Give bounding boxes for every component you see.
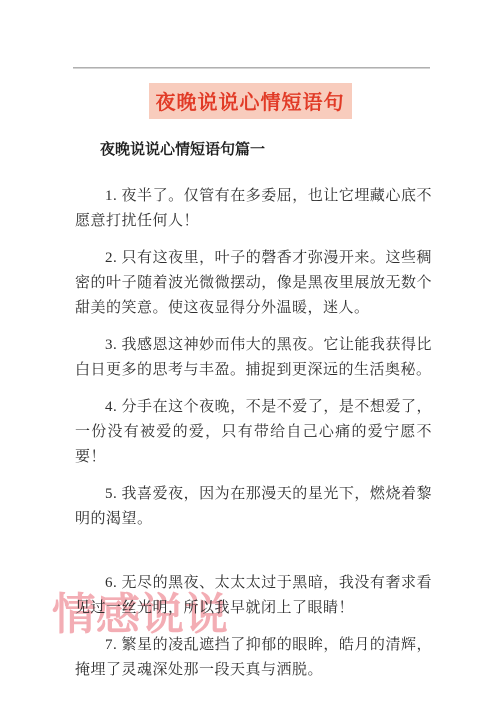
article-body: 夜晚说说心情短语句篇一 1. 夜半了。仅管有在多委屈，也让它埋藏心底不愿意打扰任…	[0, 139, 500, 695]
paragraph: 2. 只有这夜里，叶子的磬香才弥漫开来。这些稠密的叶子随着波光微微摆动，像是黑夜…	[75, 246, 432, 321]
paragraph: 1. 夜半了。仅管有在多委屈，也让它埋藏心底不愿意打扰任何人！	[75, 184, 432, 234]
article-title-row: 夜晚说说心情短语句	[0, 83, 500, 119]
document-page: 夜晚说说心情短语句 情感说说 夜晚说说心情短语句篇一 1. 夜半了。仅管有在多委…	[0, 0, 500, 708]
section-heading: 夜晚说说心情短语句篇一	[75, 139, 432, 161]
paragraph: 4. 分手在这个夜晚，不是不爱了，是不想爱了，一份没有被爱的爱，只有带给自己心痛…	[75, 395, 432, 470]
article-title: 夜晚说说心情短语句	[156, 92, 345, 114]
title-highlight: 夜晚说说心情短语句	[149, 83, 352, 119]
paragraph: 5. 我喜爱夜，因为在那漫天的星光下，燃烧着黎明的渴望。	[75, 482, 432, 532]
paragraph: 7. 繁星的凌乱遮挡了抑郁的眼眸，皓月的清辉，掩埋了灵魂深处那一段天真与洒脱。	[75, 633, 432, 683]
paragraph: 3. 我感恩这神妙而伟大的黑夜。它让能我获得比白日更多的思考与丰盈。捕捉到更深远…	[75, 333, 432, 383]
paragraph: 6. 无尽的黑夜、太太太过于黑暗，我没有奢求看见过一丝光明，所以我早就闭上了眼睛…	[75, 571, 432, 621]
top-divider	[73, 67, 430, 69]
paragraph-list: 1. 夜半了。仅管有在多委屈，也让它埋藏心底不愿意打扰任何人！ 2. 只有这夜里…	[75, 184, 432, 683]
